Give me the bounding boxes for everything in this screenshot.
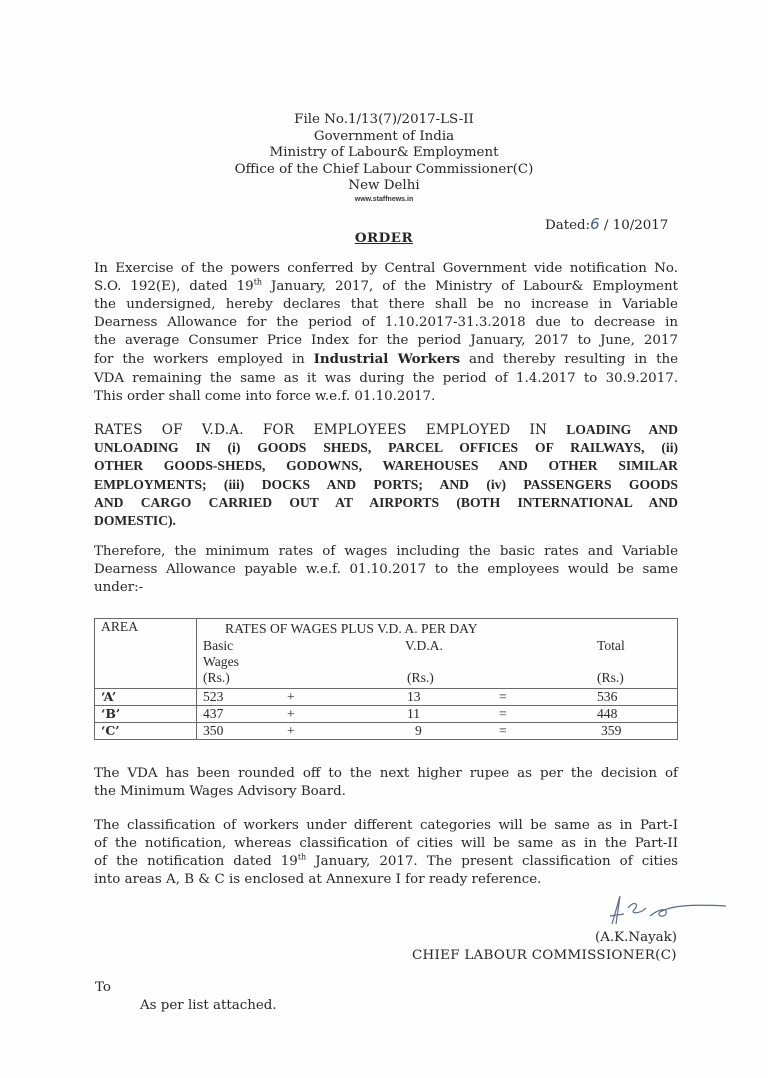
text-segment: January, 2017, of the Ministry of Labour… — [262, 279, 678, 294]
equals-sign: = — [499, 706, 507, 722]
watermark-url: www.staffnews.in — [0, 195, 768, 204]
area-cell: ‘A’ — [95, 689, 197, 706]
equals-sign: = — [499, 723, 507, 739]
total-header: Total — [597, 638, 625, 654]
plus-sign: + — [287, 689, 295, 705]
bold-text: LOADING AND — [566, 422, 678, 437]
text-line: S.O. 192(E), dated 19th January, 2017, o… — [94, 278, 678, 296]
table-row: ‘A’ 523 + 13 = 536 — [95, 689, 678, 706]
to-label: To — [95, 980, 111, 995]
text-line: the average Consumer Price Index for the… — [94, 332, 678, 350]
paragraph-vda-rounding: The VDA has been rounded off to the next… — [94, 765, 678, 801]
values-cell: 437 + 11 = 448 — [197, 706, 678, 723]
table-row: ‘C’ 350 + 9 = 359 — [95, 723, 678, 740]
paragraph-classification: The classification of workers under diff… — [94, 817, 678, 889]
text-line: into areas A, B & C is enclosed at Annex… — [94, 871, 678, 889]
superscript: th — [254, 278, 262, 287]
table-header-row: AREA RATES OF WAGES PLUS V.D. A. PER DAY… — [95, 619, 678, 689]
vda-value: 13 — [407, 689, 421, 705]
total-value: 448 — [597, 706, 617, 722]
bold-text: Industrial Workers — [314, 351, 460, 367]
text-line: In Exercise of the powers conferred by C… — [94, 260, 678, 278]
text-line: This order shall come into force w.e.f. … — [94, 388, 678, 406]
header-text: Basic — [203, 638, 233, 653]
text-line: Therefore, the minimum rates of wages in… — [94, 543, 678, 561]
rates-title: RATES OF WAGES PLUS V.D. A. PER DAY — [225, 621, 478, 637]
text-segment: for the workers employed in — [94, 352, 314, 367]
header-text: Wages — [203, 654, 239, 669]
equals-sign: = — [499, 689, 507, 705]
text-segment: January, 2017. The present classificatio… — [306, 854, 678, 869]
text-line: Dearness Allowance payable w.e.f. 01.10.… — [94, 561, 678, 579]
superscript: th — [298, 853, 306, 862]
text-line: VDA remaining the same as it was during … — [94, 370, 678, 388]
text-line: UNLOADING IN (i) GOODS SHEDS, PARCEL OFF… — [94, 439, 678, 457]
text-line: of the notification dated 19th January, … — [94, 853, 678, 871]
text-segment: and thereby resulting in the — [460, 352, 678, 367]
basic-value: 350 — [203, 723, 223, 739]
total-value: 359 — [601, 723, 621, 739]
vda-value: 9 — [415, 723, 422, 739]
text-line: OTHER GOODS-SHEDS, GODOWNS, WAREHOUSES A… — [94, 457, 678, 475]
signatory-name: (A.K.Nayak) — [595, 930, 677, 945]
area-cell: ‘C’ — [95, 723, 197, 740]
values-cell: 350 + 9 = 359 — [197, 723, 678, 740]
text-line: RATES OF V.D.A. FOR EMPLOYEES EMPLOYED I… — [94, 421, 678, 439]
paragraph-rates-heading: RATES OF V.D.A. FOR EMPLOYEES EMPLOYED I… — [94, 421, 678, 530]
text-line: EMPLOYMENTS; (iii) DOCKS AND PORTS; AND … — [94, 476, 678, 494]
area-header: AREA — [95, 619, 197, 689]
values-cell: 523 + 13 = 536 — [197, 689, 678, 706]
text-line: The classification of workers under diff… — [94, 817, 678, 835]
text-line: the undersigned, hereby declares that th… — [94, 296, 678, 314]
text-line: The VDA has been rounded off to the next… — [94, 765, 678, 783]
letterhead: File No.1/13(7)/2017-LS-II Government of… — [0, 112, 768, 204]
order-title: ORDER — [0, 230, 768, 246]
text-line: of the notification, whereas classificat… — [94, 835, 678, 853]
text-line: Dearness Allowance for the period of 1.1… — [94, 314, 678, 332]
total-value: 536 — [597, 689, 617, 705]
wages-table: AREA RATES OF WAGES PLUS V.D. A. PER DAY… — [94, 618, 678, 740]
paragraph-exercise-of-powers: In Exercise of the powers conferred by C… — [94, 260, 678, 406]
basic-wages-header: BasicWages(Rs.) — [203, 638, 239, 686]
text-line: for the workers employed in Industrial W… — [94, 350, 678, 369]
total-unit: (Rs.) — [597, 670, 624, 686]
office-name: Office of the Chief Labour Commissioner(… — [0, 162, 768, 179]
header-text: (Rs.) — [203, 670, 230, 685]
government-name: Government of India — [0, 129, 768, 146]
paragraph-minimum-rates: Therefore, the minimum rates of wages in… — [94, 543, 678, 597]
text-line: the Minimum Wages Advisory Board. — [94, 783, 678, 801]
vda-value: 11 — [407, 706, 420, 722]
basic-value: 523 — [203, 689, 223, 705]
order-document: File No.1/13(7)/2017-LS-II Government of… — [0, 0, 768, 1078]
plus-sign: + — [287, 706, 295, 722]
text-line: DOMESTIC). — [94, 512, 678, 530]
vda-header: V.D.A. — [405, 638, 443, 654]
recipient-list: As per list attached. — [140, 998, 277, 1013]
rates-header: RATES OF WAGES PLUS V.D. A. PER DAY Basi… — [197, 619, 678, 689]
text-segment: S.O. 192(E), dated 19 — [94, 279, 254, 294]
text-segment: of the notification dated 19 — [94, 854, 298, 869]
text-line: under:- — [94, 579, 678, 597]
plus-sign: + — [287, 723, 295, 739]
table-row: ‘B’ 437 + 11 = 448 — [95, 706, 678, 723]
text-segment: RATES OF V.D.A. FOR EMPLOYEES EMPLOYED I… — [94, 422, 566, 438]
signatory-title: CHIEF LABOUR COMMISSIONER(C) — [412, 948, 677, 963]
basic-value: 437 — [203, 706, 223, 722]
city-name: New Delhi — [0, 178, 768, 195]
signature-icon — [590, 890, 730, 930]
text-line: AND CARGO CARRIED OUT AT AIRPORTS (BOTH … — [94, 494, 678, 512]
area-cell: ‘B’ — [95, 706, 197, 723]
vda-unit: (Rs.) — [407, 670, 434, 686]
file-number: File No.1/13(7)/2017-LS-II — [0, 112, 768, 129]
ministry-name: Ministry of Labour& Employment — [0, 145, 768, 162]
